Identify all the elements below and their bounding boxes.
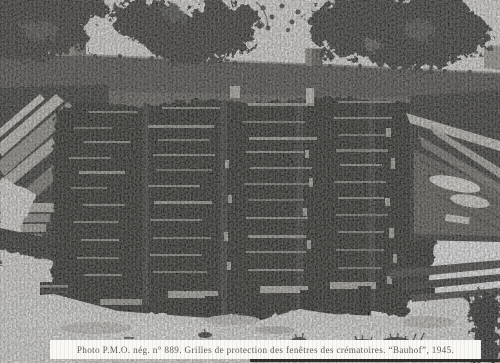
caption-text: Photo P.M.O. nég. n° 889. Grilles de pro… xyxy=(77,345,454,355)
grain-light xyxy=(0,0,500,363)
photo-scene xyxy=(0,0,500,363)
scanned-page: Photo P.M.O. nég. n° 889. Grilles de pro… xyxy=(0,0,500,363)
caption-label: Photo P.M.O. nég. n° 889. Grilles de pro… xyxy=(50,340,481,359)
photo-bottom-edge xyxy=(250,359,500,362)
photograph: Photo P.M.O. nég. n° 889. Grilles de pro… xyxy=(0,0,500,363)
